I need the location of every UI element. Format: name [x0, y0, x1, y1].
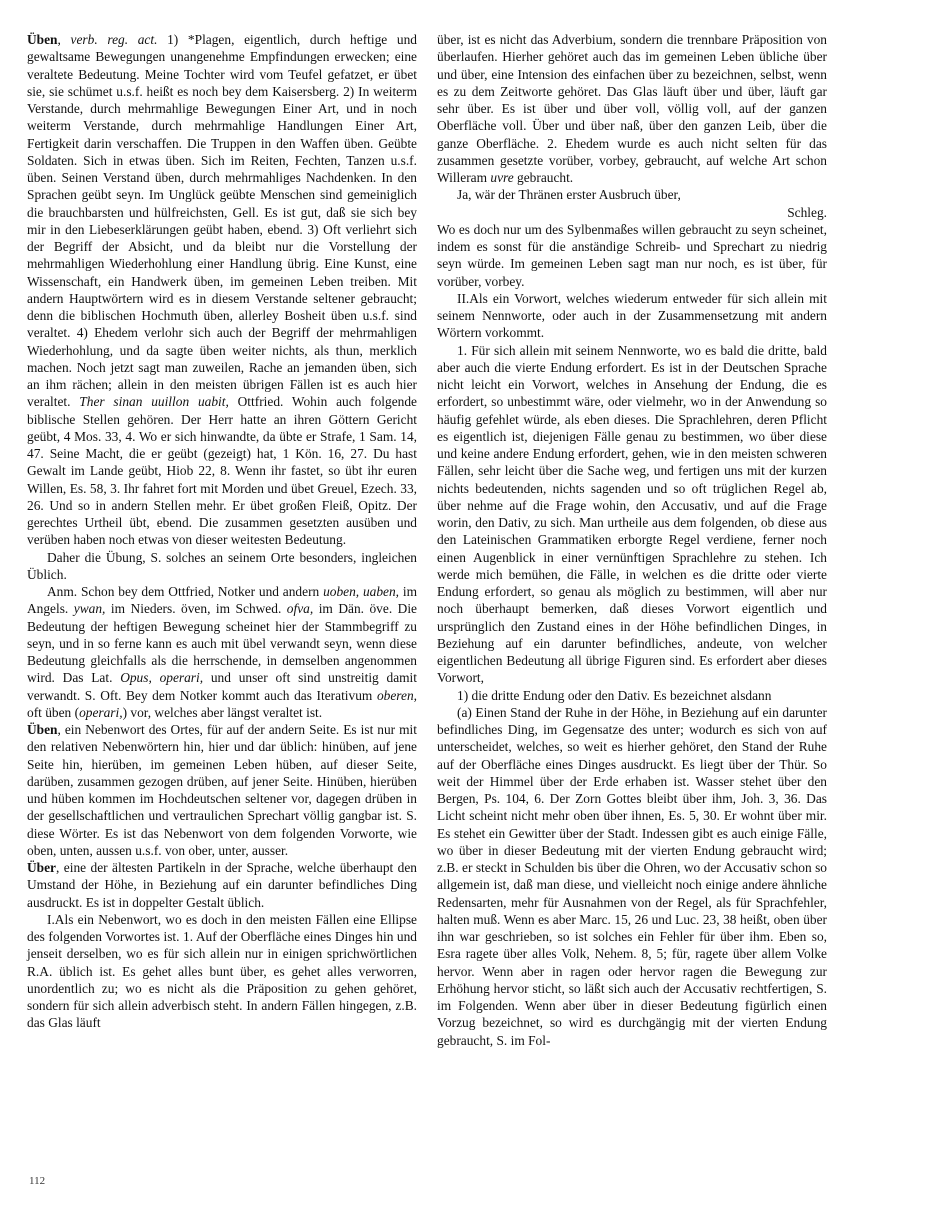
entry-ueber: Über, eine der ältesten Partikeln in der…: [27, 859, 417, 911]
italic-term: uoben, uaben,: [323, 584, 399, 599]
quote-italic: Ther sinan uuillon uabit,: [79, 394, 229, 409]
subsection-1: 1. Für sich allein mit seinem Nennworte,…: [437, 342, 827, 687]
text: gebraucht.: [514, 170, 574, 185]
text: ) vor, welches aber längst veraltet ist.: [123, 705, 323, 720]
subsection-dativ: 1) die dritte Endung oder den Dativ. Es …: [437, 687, 827, 704]
text: Anm. Schon bey dem Ottfried, Notker und …: [47, 584, 323, 599]
entry-text: 1) *Plagen, eigentlich, durch heftige un…: [27, 32, 417, 409]
text: oft üben (: [27, 705, 79, 720]
italic-term: uvre: [490, 170, 513, 185]
entry-text: , ein Nebenwort des Ortes, für auf der a…: [27, 722, 417, 858]
entry-ueben-adverb: Üben, ein Nebenwort des Ortes, für auf d…: [27, 721, 417, 859]
entry-text: Ottfried. Wohin auch folgende biblische …: [27, 394, 417, 547]
italic-term: ofva,: [287, 601, 313, 616]
text: im Nieders. öven, im Schwed.: [105, 601, 286, 616]
entry-text: , eine der ältesten Partikeln in der Spr…: [27, 860, 417, 910]
text: über, ist es nicht das Adverbium, sonder…: [437, 32, 827, 185]
paragraph-daher: Daher die Übung, S. solches an seinem Or…: [27, 549, 417, 584]
italic-term: operari,: [79, 705, 123, 720]
grammar-label: verb. reg. act.: [71, 32, 158, 47]
right-column: über, ist es nicht das Adverbium, sonder…: [437, 31, 827, 1049]
paragraph-anmerkung: Anm. Schon bey dem Ottfried, Notker und …: [27, 583, 417, 721]
verse-source: Schleg.: [437, 204, 827, 221]
italic-term: oberen,: [377, 688, 417, 703]
continuation-paragraph: über, ist es nicht das Adverbium, sonder…: [437, 31, 827, 186]
entry-ueben-verb: Üben, verb. reg. act. 1) *Plagen, eigent…: [27, 31, 417, 549]
verse-quote: Ja, wär der Thränen erster Ausbruch über…: [437, 186, 827, 203]
headword: Üben: [27, 32, 58, 47]
page-number: 112: [29, 1175, 45, 1187]
headword: Üben: [27, 722, 58, 737]
section-I: I.Als ein Nebenwort, wo es doch in den m…: [27, 911, 417, 1032]
italic-term: ywan,: [74, 601, 106, 616]
italic-term: Opus, operari,: [120, 670, 203, 685]
paragraph-cont2: Wo es doch nur um des Sylbenmaßes willen…: [437, 221, 827, 290]
headword: Über: [27, 860, 56, 875]
left-column: Üben, verb. reg. act. 1) *Plagen, eigent…: [27, 31, 417, 1032]
section-II: II.Als ein Vorwort, welches wiederum ent…: [437, 290, 827, 342]
subsection-a: (a) Einen Stand der Ruhe in der Höhe, in…: [437, 704, 827, 1049]
